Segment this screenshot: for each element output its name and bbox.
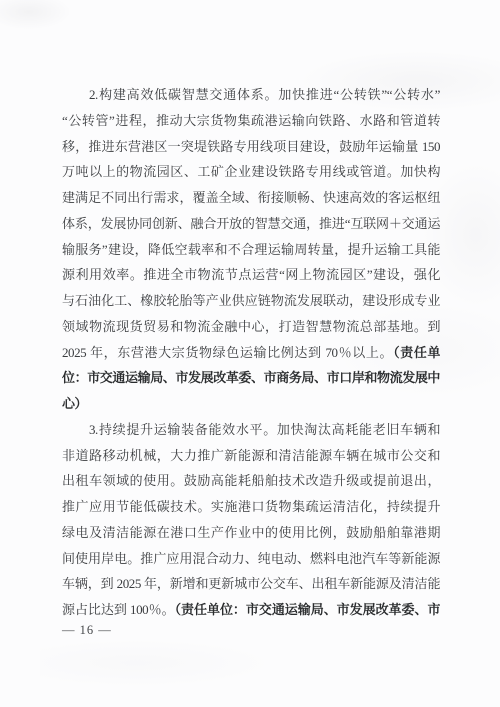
responsibility-unit-run: （责任单 — [393, 345, 440, 360]
body-text-run: 2.构建高效低碳智慧交通体系。加快推进“公转铁”“公转水” — [89, 87, 440, 102]
responsibility-unit-run: 位：市交通运输局、市发展改革委、市商务局、市口岸和物流发展中 — [62, 370, 440, 385]
responsibility-unit-run: 心） — [62, 396, 87, 411]
text-line: 2025 年，东营港大宗货物绿色运输比例达到 70％以上。（责任单 — [62, 340, 440, 366]
body-text-run: 间使用岸电。推广应用混合动力、纯电动、燃料电池汽车等新能源 — [62, 551, 440, 566]
body-text-run: 建满足不同出行需求，覆盖全域、衔接顺畅、快速高效的客运枢纽 — [62, 190, 440, 205]
text-line: 2.构建高效低碳智慧交通体系。加快推进“公转铁”“公转水” — [62, 82, 440, 108]
text-line: 心） — [62, 391, 440, 417]
body-text-run: 源占比达到 100％。 — [62, 602, 175, 617]
body-text-run: 推广应用节能低碳技术。实施港口货物集疏运清洁化，持续提升 — [62, 499, 440, 514]
text-line: 绿电及清洁能源在港口生产作业中的使用比例，鼓励船舶靠港期 — [62, 520, 440, 546]
text-line: 推广应用节能低碳技术。实施港口货物集疏运清洁化，持续提升 — [62, 494, 440, 520]
text-line: 移，推进东营港区一突堤铁路专用线项目建设，鼓励年运输量 150 — [62, 134, 440, 160]
text-line: 万吨以上的物流园区、工矿企业建设铁路专用线或管道。加快构 — [62, 159, 440, 185]
body-text-run: 万吨以上的物流园区、工矿企业建设铁路专用线或管道。加快构 — [62, 164, 440, 179]
body-text-run: 体系，发展协同创新、融合开放的智慧交通，推进“互联网＋交通运 — [62, 216, 440, 231]
body-text-run: 绿电及清洁能源在港口生产作业中的使用比例，鼓励船舶靠港期 — [62, 525, 440, 540]
text-line: 输服务”建设，降低空载率和不合理运输周转量，提升运输工具能 — [62, 237, 440, 263]
document-page: 2.构建高效低碳智慧交通体系。加快推进“公转铁”“公转水”“公转管”进程，推动大… — [0, 0, 500, 707]
text-line: 非道路移动机械，大力推广新能源和清洁能源车辆在城市公交和 — [62, 443, 440, 469]
text-line: 车辆，到 2025 年，新增和更新城市公交车、出租车新能源及清洁能 — [62, 571, 440, 597]
body-text-run: 出租车领域的使用。鼓励高能耗船舶技术改造升级或提前退出， — [62, 473, 440, 488]
scan-noise — [40, 638, 280, 688]
body-text-run: 3.持续提升运输装备能效水平。加快淘汰高耗能老旧车辆和 — [89, 422, 440, 437]
body-text-run: “公转管”进程，推动大宗货物集疏港运输向铁路、水路和管道转 — [62, 113, 440, 128]
text-line: 与石油化工、橡胶轮胎等产业供应链物流发展联动，建设形成专业 — [62, 288, 440, 314]
paragraph-2-smart-transport: 2.构建高效低碳智慧交通体系。加快推进“公转铁”“公转水”“公转管”进程，推动大… — [62, 82, 440, 417]
body-text-run: 2025 年，东营港大宗货物绿色运输比例达到 70％以上。 — [62, 345, 393, 360]
document-body: 2.构建高效低碳智慧交通体系。加快推进“公转铁”“公转水”“公转管”进程，推动大… — [62, 82, 440, 623]
text-line: 建满足不同出行需求，覆盖全域、衔接顺畅、快速高效的客运枢纽 — [62, 185, 440, 211]
body-text-run: 移，推进东营港区一突堤铁路专用线项目建设，鼓励年运输量 150 — [62, 139, 440, 154]
text-line: 间使用岸电。推广应用混合动力、纯电动、燃料电池汽车等新能源 — [62, 546, 440, 572]
body-text-run: 与石油化工、橡胶轮胎等产业供应链物流发展联动，建设形成专业 — [62, 293, 440, 308]
responsibility-unit-run: （责任单位：市交通运输局、市发展改革委、市 — [175, 602, 440, 617]
text-line: 领域物流现货贸易和物流金融中心，打造智慧物流总部基地。到 — [62, 314, 440, 340]
text-line: 出租车领域的使用。鼓励高能耗船舶技术改造升级或提前退出， — [62, 468, 440, 494]
body-text-run: 源利用效率。推进全市物流节点运营“网上物流园区”建设，强化 — [62, 267, 440, 282]
scan-noise — [0, 0, 72, 30]
body-text-run: 非道路移动机械，大力推广新能源和清洁能源车辆在城市公交和 — [62, 448, 440, 463]
paragraph-3-equipment-efficiency: 3.持续提升运输装备能效水平。加快淘汰高耗能老旧车辆和非道路移动机械，大力推广新… — [62, 417, 440, 623]
text-line: 位：市交通运输局、市发展改革委、市商务局、市口岸和物流发展中 — [62, 365, 440, 391]
text-line: “公转管”进程，推动大宗货物集疏港运输向铁路、水路和管道转 — [62, 108, 440, 134]
text-line: 源占比达到 100％。（责任单位：市交通运输局、市发展改革委、市 — [62, 597, 440, 623]
page-number: — 16 — — [62, 622, 112, 638]
body-text-run: 车辆，到 2025 年，新增和更新城市公交车、出租车新能源及清洁能 — [62, 576, 440, 591]
body-text-run: 输服务”建设，降低空载率和不合理运输周转量，提升运输工具能 — [62, 242, 440, 257]
text-line: 体系，发展协同创新、融合开放的智慧交通，推进“互联网＋交通运 — [62, 211, 440, 237]
text-line: 源利用效率。推进全市物流节点运营“网上物流园区”建设，强化 — [62, 262, 440, 288]
body-text-run: 领域物流现货贸易和物流金融中心，打造智慧物流总部基地。到 — [62, 319, 440, 334]
text-line: 3.持续提升运输装备能效水平。加快淘汰高耗能老旧车辆和 — [62, 417, 440, 443]
